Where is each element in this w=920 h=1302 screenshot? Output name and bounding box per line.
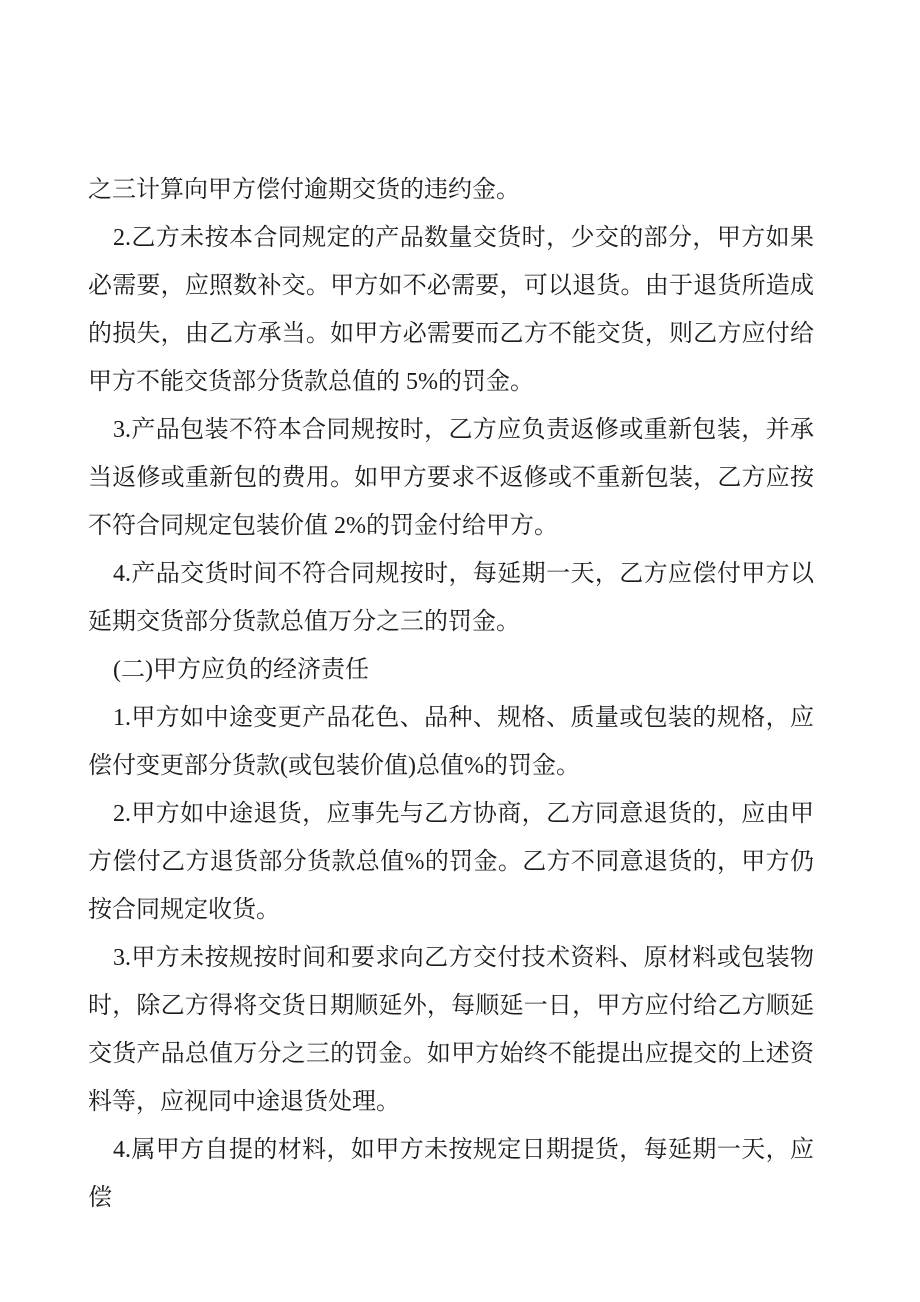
document-body: 之三计算向甲方偿付逾期交货的违约金。2.乙方未按本合同规定的产品数量交货时，少交…	[0, 0, 920, 1222]
paragraph: 1.甲方如中途变更产品花色、品种、规格、质量或包装的规格，应偿付变更部分货款(或…	[88, 694, 814, 790]
paragraph: 4.产品交货时间不符合同规按时，每延期一天，乙方应偿付甲方以延期交货部分货款总值…	[88, 550, 814, 646]
paragraph: 3.产品包装不符本合同规按时，乙方应负责返修或重新包装，并承当返修或重新包的费用…	[88, 406, 814, 550]
paragraph: 3.甲方未按规按时间和要求向乙方交付技术资料、原材料或包装物时，除乙方得将交货日…	[88, 934, 814, 1126]
paragraph: 之三计算向甲方偿付逾期交货的违约金。	[88, 166, 814, 214]
paragraph: (二)甲方应负的经济责任	[88, 646, 814, 694]
paragraph: 4.属甲方自提的材料，如甲方未按规定日期提货，每延期一天，应偿	[88, 1126, 814, 1222]
document-page: 之三计算向甲方偿付逾期交货的违约金。2.乙方未按本合同规定的产品数量交货时，少交…	[0, 0, 920, 1302]
paragraph: 2.甲方如中途退货，应事先与乙方协商，乙方同意退货的，应由甲方偿付乙方退货部分货…	[88, 790, 814, 934]
paragraph: 2.乙方未按本合同规定的产品数量交货时，少交的部分，甲方如果必需要，应照数补交。…	[88, 214, 814, 406]
